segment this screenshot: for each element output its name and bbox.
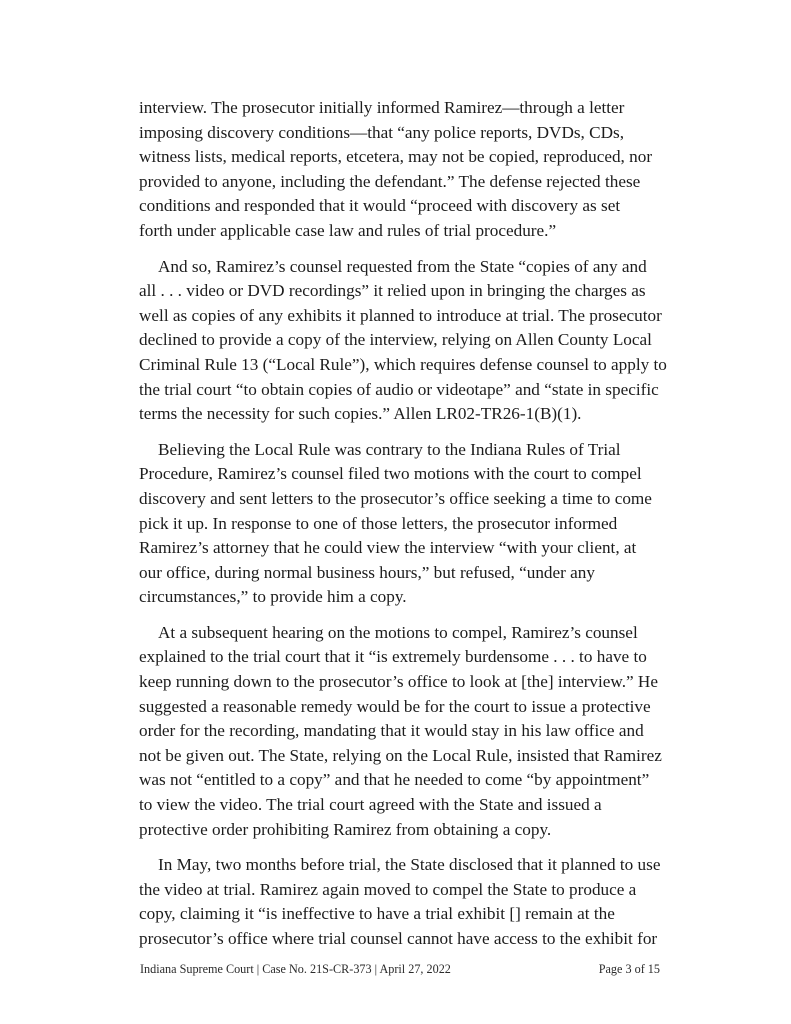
text-line: Ramirez’s attorney that he could view th… [139, 536, 661, 561]
text-line: declined to provide a copy of the interv… [139, 328, 661, 353]
text-line: circumstances,” to provide him a copy. [139, 585, 661, 610]
text-line: pick it up. In response to one of those … [139, 512, 661, 537]
text-line: prosecutor’s office where trial counsel … [139, 927, 661, 952]
text-line: In May, two months before trial, the Sta… [139, 853, 661, 878]
page-number: Page 3 of 15 [599, 962, 660, 977]
paragraph-5: In May, two months before trial, the Sta… [139, 853, 661, 951]
text-line: discovery and sent letters to the prosec… [139, 487, 661, 512]
footer-citation: Indiana Supreme Court | Case No. 21S-CR-… [140, 962, 451, 977]
text-line: copy, claiming it “is ineffective to hav… [139, 902, 661, 927]
text-line: And so, Ramirez’s counsel requested from… [139, 255, 661, 280]
page-footer: Indiana Supreme Court | Case No. 21S-CR-… [140, 962, 660, 977]
text-line: keep running down to the prosecutor’s of… [139, 670, 661, 695]
text-line: interview. The prosecutor initially info… [139, 96, 661, 121]
text-line: provided to anyone, including the defend… [139, 170, 661, 195]
text-line: all . . . video or DVD recordings” it re… [139, 279, 661, 304]
text-line: Procedure, Ramirez’s counsel filed two m… [139, 462, 661, 487]
text-line: Believing the Local Rule was contrary to… [139, 438, 661, 463]
text-line: terms the necessity for such copies.” Al… [139, 402, 661, 427]
paragraph-1: interview. The prosecutor initially info… [139, 96, 661, 244]
text-line: forth under applicable case law and rule… [139, 219, 661, 244]
text-line: our office, during normal business hours… [139, 561, 661, 586]
text-line: At a subsequent hearing on the motions t… [139, 621, 661, 646]
document-page: interview. The prosecutor initially info… [0, 0, 791, 1024]
text-line: the video at trial. Ramirez again moved … [139, 878, 661, 903]
text-line: not be given out. The State, relying on … [139, 744, 661, 769]
text-line: protective order prohibiting Ramirez fro… [139, 818, 661, 843]
text-line: witness lists, medical reports, etcetera… [139, 145, 661, 170]
paragraph-3: Believing the Local Rule was contrary to… [139, 438, 661, 610]
paragraph-2: And so, Ramirez’s counsel requested from… [139, 255, 661, 427]
text-line: Criminal Rule 13 (“Local Rule”), which r… [139, 353, 661, 378]
text-line: explained to the trial court that it “is… [139, 645, 661, 670]
paragraph-4: At a subsequent hearing on the motions t… [139, 621, 661, 842]
text-line: suggested a reasonable remedy would be f… [139, 695, 661, 720]
text-line: imposing discovery conditions—that “any … [139, 121, 661, 146]
text-line: conditions and responded that it would “… [139, 194, 661, 219]
text-line: was not “entitled to a copy” and that he… [139, 768, 661, 793]
text-line: well as copies of any exhibits it planne… [139, 304, 661, 329]
document-body: interview. The prosecutor initially info… [139, 96, 661, 963]
text-line: to view the video. The trial court agree… [139, 793, 661, 818]
text-line: the trial court “to obtain copies of aud… [139, 378, 661, 403]
text-line: order for the recording, mandating that … [139, 719, 661, 744]
